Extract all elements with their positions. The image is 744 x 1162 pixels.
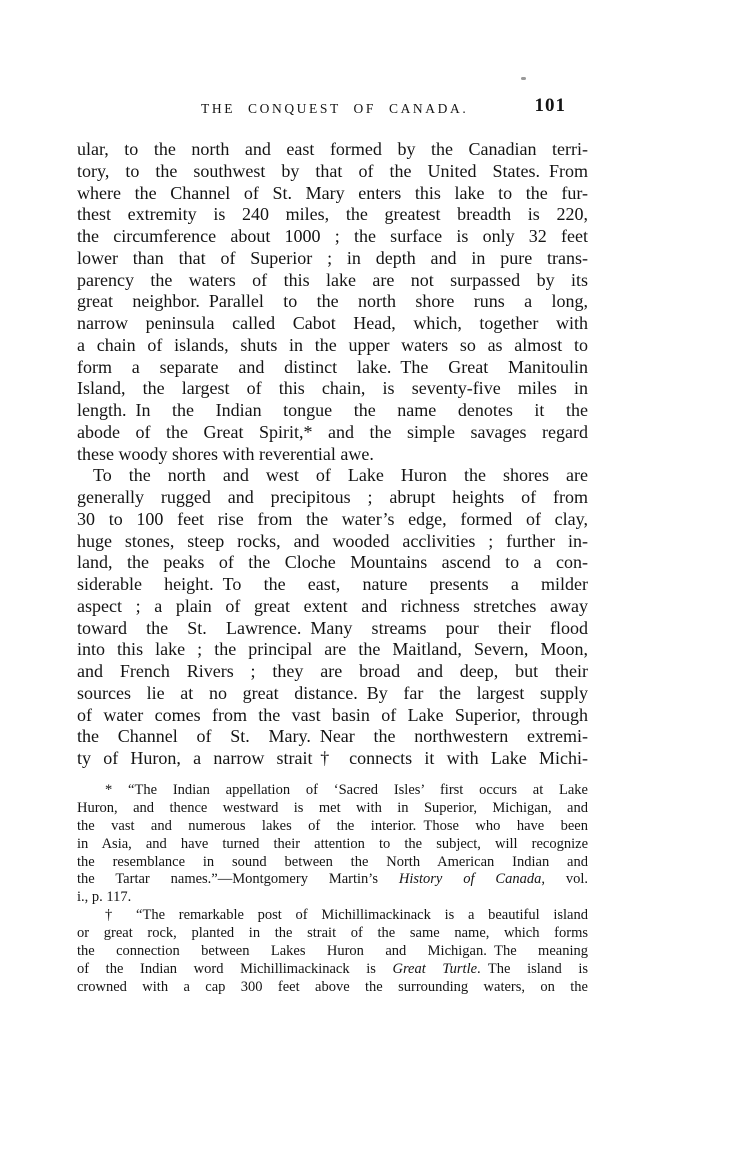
- text-line: sources lie at no great distance. By far…: [77, 683, 588, 705]
- text-line: of water comes from the vast basin of La…: [77, 705, 588, 727]
- footnote-line: or great rock, planted in the strait of …: [77, 925, 588, 943]
- text-line: toward the St. Lawrence. Many streams po…: [77, 618, 588, 640]
- footnote-text: of the Indian word Michillimackinack is: [77, 961, 392, 977]
- footnote-line: Huron, and thence westward is met with i…: [77, 800, 588, 818]
- text-line: tory, to the southwest by that of the Un…: [77, 161, 588, 183]
- footnote-line: in Asia, and have turned their attention…: [77, 836, 588, 854]
- text-line: into this lake ; the principal are the M…: [77, 639, 588, 661]
- text-line: narrow peninsula called Cabot Head, whic…: [77, 313, 588, 335]
- text-line: parency the waters of this lake are not …: [77, 270, 588, 292]
- body-text: ular, to the north and east formed by th…: [77, 139, 588, 770]
- footnote-line: i., p. 117.: [77, 889, 588, 907]
- text-line: great neighbor. Parallel to the north sh…: [77, 291, 588, 313]
- footnotes: * “The Indian appellation of ‘Sacred Isl…: [77, 782, 588, 997]
- footnote-line: of the Indian word Michillimackinack is …: [77, 961, 588, 979]
- text-line: To the north and west of Lake Huron the …: [77, 465, 588, 487]
- text-line: abode of the Great Spirit,* and the simp…: [77, 422, 588, 444]
- text-line: land, the peaks of the Cloche Mountains …: [77, 552, 588, 574]
- footnote-text: . The island is: [477, 961, 588, 977]
- text-line: these woody shores with reverential awe.: [77, 444, 588, 466]
- paragraph: ular, to the north and east formed by th…: [77, 139, 588, 465]
- text-line: generally rugged and precipitous ; abrup…: [77, 487, 588, 509]
- text-line: and French Rivers ; they are broad and d…: [77, 661, 588, 683]
- italic-term: Great Turtle: [392, 961, 477, 977]
- text-line: huge stones, steep rocks, and wooded acc…: [77, 531, 588, 553]
- footnote-line: the vast and numerous lakes of the inter…: [77, 818, 588, 836]
- scan-artifact: [521, 77, 526, 80]
- text-line: where the Channel of St. Mary enters thi…: [77, 183, 588, 205]
- text-line: siderable height. To the east, nature pr…: [77, 574, 588, 596]
- paragraph: To the north and west of Lake Huron the …: [77, 465, 588, 770]
- book-page: THE CONQUEST OF CANADA. 101 ular, to the…: [0, 0, 744, 1162]
- text-line: ty of Huron, a narrow strait† connects i…: [77, 748, 588, 770]
- footnote-line: the connection between Lakes Huron and M…: [77, 943, 588, 961]
- text-line: ular, to the north and east formed by th…: [77, 139, 588, 161]
- footnote-line: the Tartar names.”—Montgomery Martin’s H…: [77, 871, 588, 889]
- text-line: thest extremity is 240 miles, the greate…: [77, 204, 588, 226]
- footnote-text: the Tartar names.”—Montgomery Martin’s: [77, 871, 399, 887]
- text-line: form a separate and distinct lake. The G…: [77, 357, 588, 379]
- footnote-1: * “The Indian appellation of ‘Sacred Isl…: [77, 782, 588, 907]
- running-title: THE CONQUEST OF CANADA.: [201, 101, 468, 117]
- text-line: the circumference about 1000 ; the surfa…: [77, 226, 588, 248]
- text-line: the Channel of St. Mary. Near the northw…: [77, 726, 588, 748]
- italic-book-title: History of Canada: [399, 871, 541, 887]
- text-line: aspect ; a plain of great extent and ric…: [77, 596, 588, 618]
- page-number: 101: [535, 95, 567, 117]
- footnote-line: † “The remarkable post of Michillimackin…: [77, 907, 588, 925]
- footnote-line: the resemblance in sound between the Nor…: [77, 854, 588, 872]
- footnote-line: * “The Indian appellation of ‘Sacred Isl…: [77, 782, 588, 800]
- footnote-2: † “The remarkable post of Michillimackin…: [77, 907, 588, 996]
- text-line: a chain of islands, shuts in the upper w…: [77, 335, 588, 357]
- footnote-line: crowned with a cap 300 feet above the su…: [77, 979, 588, 997]
- text-line: lower than that of Superior ; in depth a…: [77, 248, 588, 270]
- text-line: 30 to 100 feet rise from the water’s edg…: [77, 509, 588, 531]
- text-line: length. In the Indian tongue the name de…: [77, 400, 588, 422]
- text-line: Island, the largest of this chain, is se…: [77, 378, 588, 400]
- footnote-text: , vol.: [541, 871, 588, 887]
